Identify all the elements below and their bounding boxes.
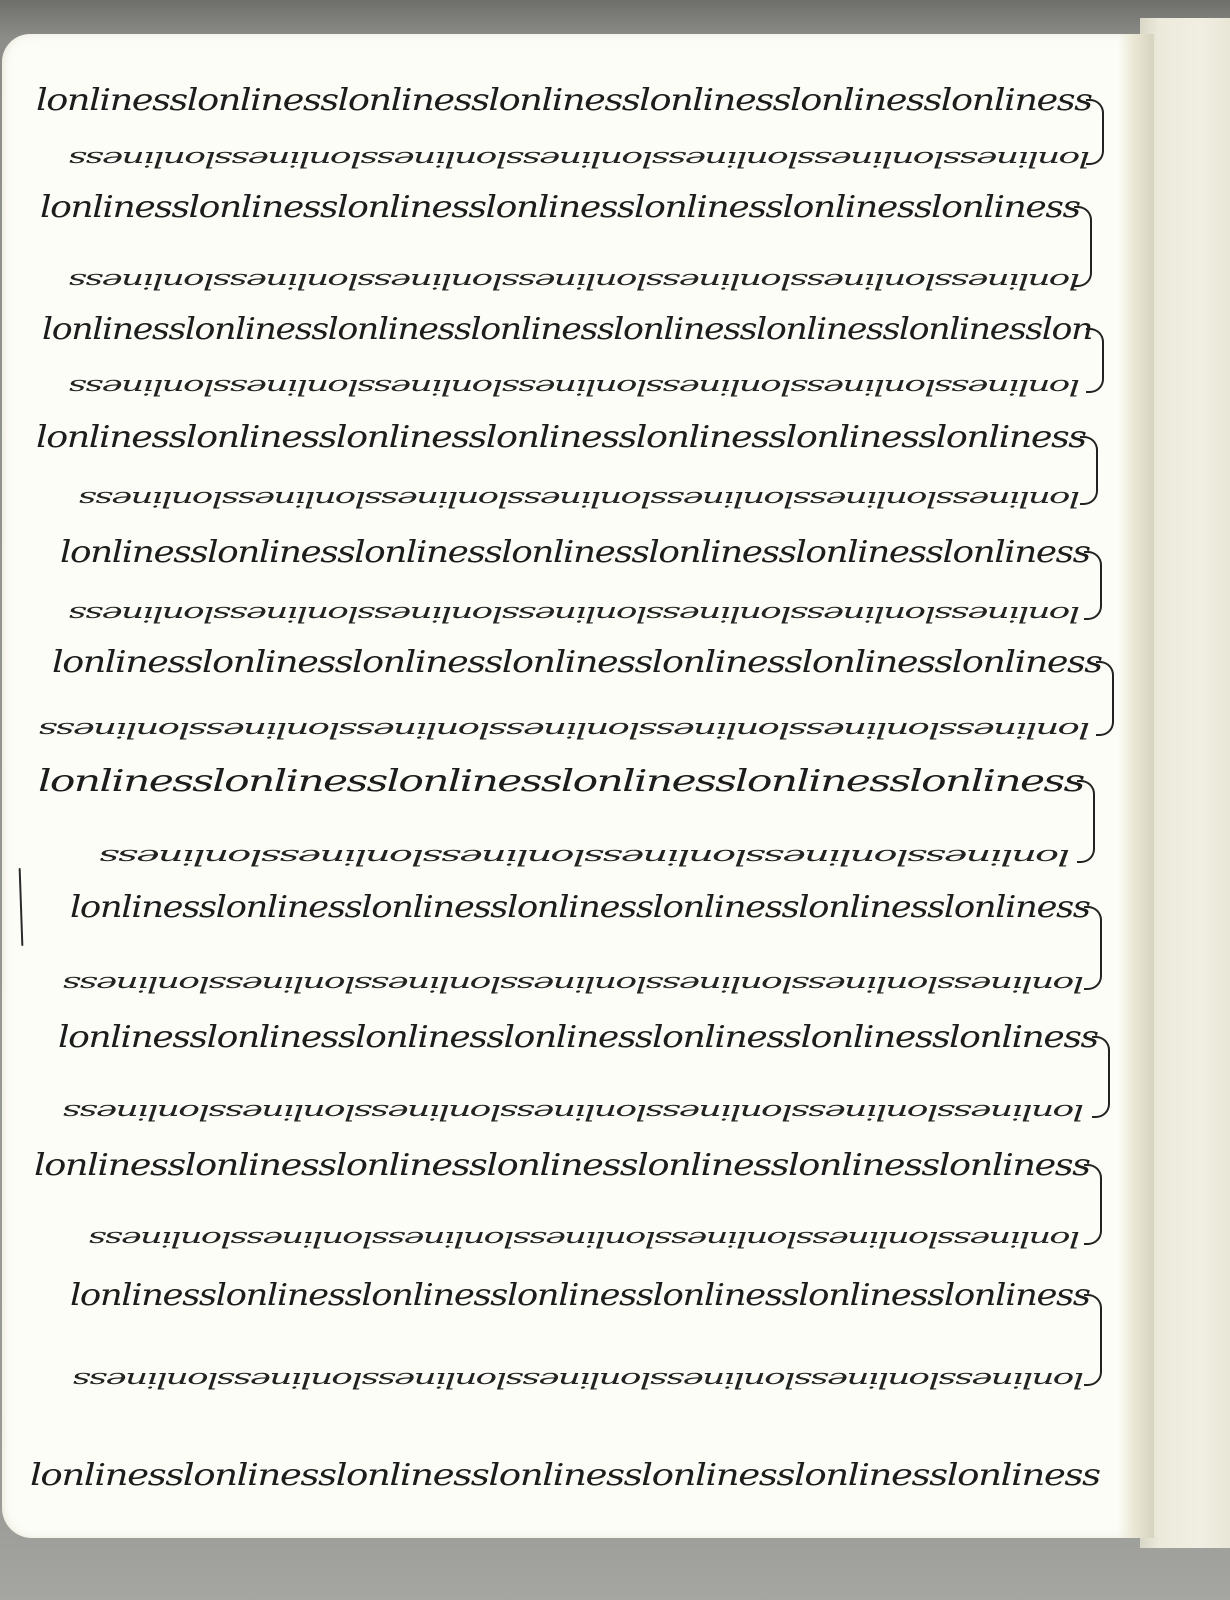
handwritten-line-upright: lonlinesslonlinesslonlinesslonlinesslonl… [70, 890, 1090, 925]
handwritten-line-inverted: lonlinesslonlinesslonlinesslonlinesslonl… [80, 486, 1080, 511]
page-gutter-shadow [1118, 34, 1154, 1538]
line-turnaround-loop [1084, 906, 1102, 990]
line-turnaround-loop [1096, 661, 1114, 736]
handwritten-line-inverted: lonlinesslonlinesslonlinesslonlinesslonl… [70, 374, 1080, 399]
handwritten-line-inverted: lonlinesslonlinesslonlinesslonlinesslonl… [70, 268, 1080, 293]
handwritten-line-inverted: lonlinesslonlinesslonlinesslonlinesslonl… [64, 971, 1084, 996]
handwritten-line-upright: lonlinesslonlinesslonlinesslonlinesslonl… [70, 1278, 1090, 1313]
handwritten-line-inverted: lonlinesslonlinesslonlinesslonlinesslonl… [70, 146, 1090, 171]
handwritten-line-inverted: lonlinesslonlinesslonlinesslonlinesslonl… [70, 601, 1080, 626]
handwritten-line-inverted: lonlinesslonlinesslonlinesslonlinesslonl… [90, 1226, 1080, 1251]
handwritten-line-inverted: lonlinesslonlinesslonlinesslonlinesslonl… [74, 1367, 1084, 1392]
handwritten-line-upright: lonlinesslonlinesslonlinesslonlinesslonl… [40, 190, 1080, 225]
handwritten-line-upright: lonlinesslonlinesslonlinesslonlinesslonl… [42, 312, 1092, 347]
handwritten-line-upright: lonlinesslonlinesslonlinesslonlinesslonl… [38, 764, 1084, 799]
handwritten-line-upright: lonlinesslonlinesslonlinesslonlinesslonl… [60, 535, 1090, 570]
line-turnaround-loop [1080, 436, 1098, 505]
handwritten-line-inverted: lonlinesslonlinesslonlinesslonlinesslonl… [101, 844, 1070, 869]
line-turnaround-loop [1092, 1036, 1110, 1118]
handwritten-line-upright: lonlinesslonlinesslonlinesslonlinesslonl… [36, 420, 1086, 455]
handwritten-line-upright: lonlinesslonlinesslonlinesslonlinesslonl… [34, 1148, 1090, 1183]
line-turnaround-loop [1084, 1164, 1102, 1245]
line-turnaround-loop [1084, 551, 1102, 620]
line-turnaround-loop [1086, 328, 1104, 393]
handwritten-line-inverted: lonlinesslonlinesslonlinesslonlinesslonl… [40, 717, 1090, 742]
handwritten-line-inverted: lonlinesslonlinesslonlinesslonlinesslonl… [64, 1099, 1084, 1124]
handwritten-line-upright: lonlinesslonlinesslonlinesslonlinesslonl… [30, 1458, 1100, 1493]
handwritten-line-upright: lonlinesslonlinesslonlinesslonlinesslonl… [36, 83, 1092, 118]
line-turnaround-loop [1084, 1294, 1102, 1386]
handwritten-line-upright: lonlinesslonlinesslonlinesslonlinesslonl… [58, 1020, 1098, 1055]
line-turnaround-loop [1077, 780, 1095, 863]
handwritten-line-upright: lonlinesslonlinesslonlinesslonlinesslonl… [52, 645, 1102, 680]
